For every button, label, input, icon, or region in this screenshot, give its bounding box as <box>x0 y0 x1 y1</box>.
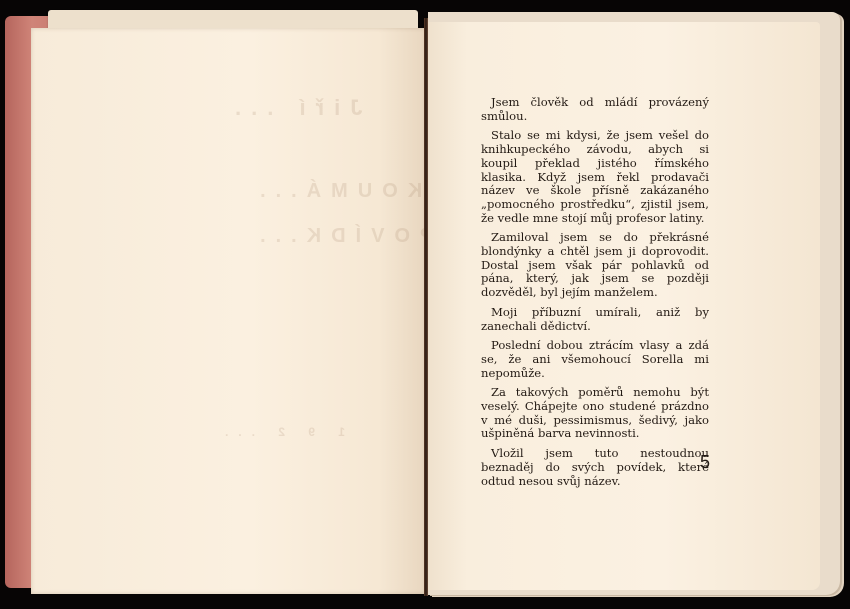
bleed-through-text: 1 9 2 ... <box>215 425 345 439</box>
paragraph: Poslední dobou ztrácím vlasy a zdá se, ž… <box>481 339 709 380</box>
bleed-through-text: POVÍDK... <box>250 225 433 248</box>
bleed-through-text: Jiří ... <box>225 95 362 121</box>
paragraph: Jsem člověk od mládí provázený smůlou. <box>481 96 709 123</box>
paragraph: Za takových poměrů nemohu být veselý. Ch… <box>481 386 709 441</box>
paragraph: Moji příbuzní umírali, aniž by zanechali… <box>481 306 709 333</box>
right-page-text: Jsem člověk od mládí provázený smůlou. S… <box>481 96 709 494</box>
paragraph: Vložil jsem tuto nestoudnou beznaděj do … <box>481 447 709 488</box>
bleed-through-text: SKOUMÁ... <box>250 180 446 203</box>
paragraph: Zamiloval jsem se do překrásné blondýnky… <box>481 231 709 300</box>
book-gutter <box>424 18 428 596</box>
paragraph: Stalo se mi kdysi, že jsem vešel do knih… <box>481 129 709 225</box>
page-number: 5 <box>700 452 710 473</box>
